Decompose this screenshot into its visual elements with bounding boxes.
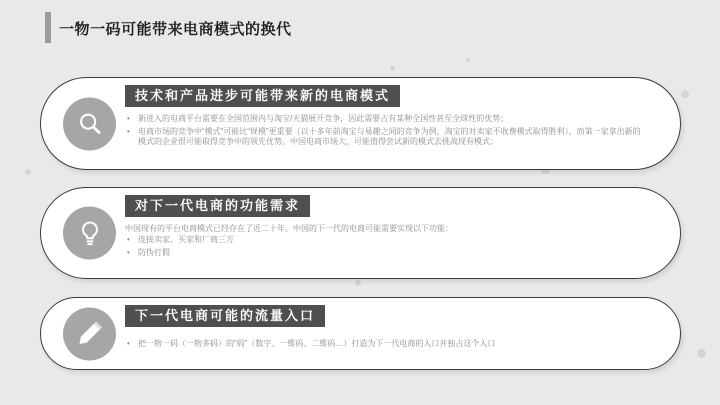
section-body: 新进入的电商平台需要在全国范围内与淘宝/天猫展开竞争，因此需要占有某种全国性甚至… <box>125 114 646 150</box>
section-panel-functional-needs: 对下一代电商的功能需求 中国现有的平台电商模式已经存在了近二十年。中国的下一代的… <box>40 187 681 279</box>
bullet-item: 把一物一码（一物多码）的“码”（数字、一维码、二维码…）打造为下一代电商的入口并… <box>125 339 646 349</box>
title-accent-bar <box>45 12 51 43</box>
section-header: 下一代电商可能的流量入口 <box>125 305 325 327</box>
bullet-item: 连接卖家、买家和厂商三方 <box>125 235 646 245</box>
section-body: 把一物一码（一物多码）的“码”（数字、一维码、二维码…）打造为下一代电商的入口并… <box>125 339 646 352</box>
magnifier-icon <box>63 97 116 150</box>
section-header: 技术和产品进步可能带来新的电商模式 <box>125 85 400 107</box>
decorative-dot <box>25 169 31 175</box>
decorative-dot <box>466 58 470 62</box>
slide: { "slide": { "title": "一物一码可能带来电商模式的换代" … <box>0 0 720 405</box>
decorative-dot <box>697 349 706 358</box>
decorative-dot <box>355 280 361 286</box>
bullet-list: 把一物一码（一物多码）的“码”（数字、一维码、二维码…）打造为下一代电商的入口并… <box>125 339 646 349</box>
lightbulb-icon <box>63 207 116 260</box>
section-panel-new-ecommerce-model: 技术和产品进步可能带来新的电商模式 新进入的电商平台需要在全国范围内与淘宝/天猫… <box>40 77 681 170</box>
section-body: 中国现有的平台电商模式已经存在了近二十年。中国的下一代的电商可能需要实现以下功能… <box>125 224 646 261</box>
bullet-item: 防伪打假 <box>125 248 646 258</box>
bullet-list: 连接卖家、买家和厂商三方防伪打假 <box>125 235 646 258</box>
bullet-item: 新进入的电商平台需要在全国范围内与淘宝/天猫展开竞争，因此需要占有某种全国性甚至… <box>125 114 646 124</box>
page-title: 一物一码可能带来电商模式的换代 <box>59 18 292 39</box>
section-header: 对下一代电商的功能需求 <box>125 195 310 217</box>
bullet-list: 新进入的电商平台需要在全国范围内与淘宝/天猫展开竞争，因此需要占有某种全国性甚至… <box>125 114 646 147</box>
pencil-icon <box>63 307 116 360</box>
section-intro: 中国现有的平台电商模式已经存在了近二十年。中国的下一代的电商可能需要实现以下功能… <box>125 224 646 234</box>
section-panel-traffic-entrance: 下一代电商可能的流量入口 把一物一码（一物多码）的“码”（数字、一维码、二维码…… <box>40 297 681 370</box>
decorative-dot <box>681 90 689 98</box>
decorative-dot <box>390 66 395 71</box>
bullet-item: 电商市场的竞争中“模式”可能比“规模”更重要（以十多年前淘宝与易趣之间的竞争为例… <box>125 127 646 147</box>
